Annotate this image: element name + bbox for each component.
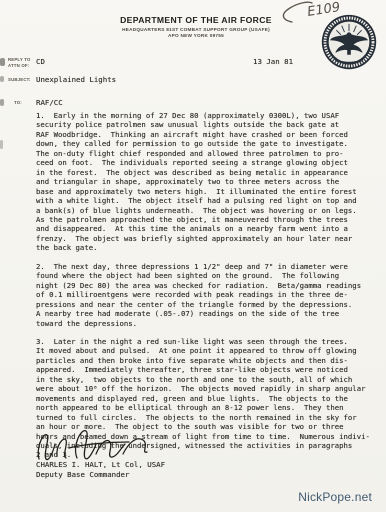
watermark: NickPope.net (298, 490, 372, 504)
signature-title: Deputy Base Commander (36, 470, 129, 479)
letterhead-subtitle: HEADQUARTERS 81ST COMBAT SUPPORT GROUP (… (58, 27, 334, 32)
reply-to-label: REPLY TO ATTN OF: (8, 57, 31, 68)
scan-artifact (0, 76, 4, 82)
scan-artifact (0, 99, 4, 106)
scan-artifact (0, 58, 5, 66)
subject-value: Unexplained Lights (36, 75, 116, 84)
handwritten-signature (33, 424, 158, 464)
to-value: RAF/CC (36, 98, 63, 107)
memo-body: 1. Early in the morning of 27 Dec 80 (ap… (36, 111, 380, 469)
date: 13 Jan 81 (253, 57, 293, 66)
paragraph-2: 2. The next day, three depressions 1 1/2… (36, 262, 380, 328)
paragraph-1: 1. Early in the morning of 27 Dec 80 (ap… (36, 111, 380, 253)
office-symbol: CD (36, 57, 45, 66)
to-label: TO: (14, 100, 22, 106)
letterhead-title: DEPARTMENT OF THE AIR FORCE (58, 15, 334, 25)
letterhead-address: APO NEW YORK 09755 (58, 33, 334, 38)
subject-label: SUBJECT: (8, 77, 31, 83)
signature-name: CHARLES I. HALT, Lt Col, USAF (36, 460, 165, 469)
letterhead: DEPARTMENT OF THE AIR FORCE HEADQUARTERS… (58, 15, 334, 38)
scanned-memo-page: E109 DEPARTMENT OF THE AIR FORCE HEADQUA… (0, 0, 386, 512)
scan-artifact (0, 140, 3, 149)
